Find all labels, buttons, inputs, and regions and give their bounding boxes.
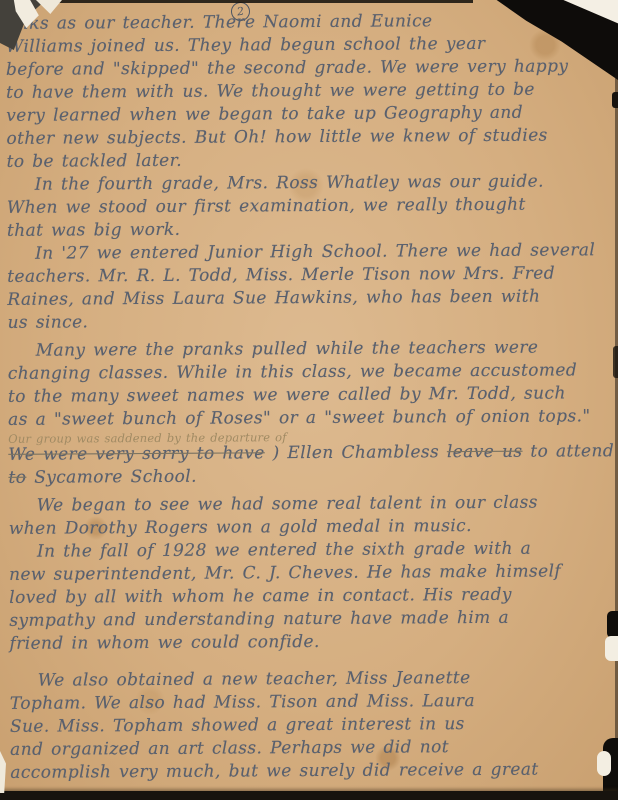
handwritten-line: We began to see we had some real talent … [9,491,617,518]
line-text: as a "sweet bunch of Roses" or a "sweet … [8,406,591,430]
line-text: new superintendent, Mr. C. J. Cheves. He… [9,561,561,584]
handwritten-line: Raines, and Miss Laura Sue Hawkins, who … [7,285,615,312]
handwritten-line: friend in whom we could confide. [9,629,617,656]
line-text: ) Ellen Chambless [265,442,447,463]
line-text: accomplish very much, but we surely did … [10,760,538,783]
line-text: Topham. We also had Miss. Tison and Miss… [10,691,475,714]
struck-text: We were very sorry to have [8,443,265,465]
line-text: to be tackled later. [6,151,182,172]
line-text: us since. [7,312,88,332]
line-text: When we stood our first examination, we … [7,195,526,218]
line-text: to the many sweet names we were called b… [8,383,566,406]
handwritten-line: When we stood our first examination, we … [7,193,615,220]
line-text: Sycamore School. [26,467,197,488]
document-page: 2 Jelks as our teacher. There Naomi and … [0,0,618,800]
line-text: before and "skipped" the second grade. W… [6,56,568,79]
line-text: to have them with us. We thought we were… [6,80,535,103]
line-text: Jelks as our teacher. There Naomi and Eu… [6,11,433,34]
handwritten-line: to Sycamore School. [8,463,616,490]
line-text: that was big work. [7,220,181,241]
line-text: Raines, and Miss Laura Sue Hawkins, who … [7,287,540,310]
struck-text: to [8,468,26,488]
line-text: loved by all with whom he came in contac… [9,585,512,608]
line-text: In '27 we entered Junior High School. Th… [35,240,595,263]
line-text: In the fall of 1928 we entered the sixth… [37,539,531,562]
line-text: and organized an art class. Perhaps we d… [10,737,449,760]
line-text: Sue. Miss. Topham showed a great interes… [10,714,465,737]
line-text: We began to see we had some real talent … [37,493,538,516]
handwritten-line: us since. [7,308,615,335]
handwriting-lines: Jelks as our teacher. There Naomi and Eu… [6,9,618,785]
handwritten-line: We were very sorry to have ) Ellen Chamb… [8,440,616,467]
line-text: to attend [522,441,614,462]
line-text: when Dorothy Rogers won a gold medal in … [9,516,472,539]
line-text: Williams joined us. They had begun schoo… [6,34,486,57]
line-text: sympathy and understanding nature have m… [9,608,509,631]
line-text: teachers. Mr. R. L. Todd, Miss. Merle Ti… [7,264,555,287]
struck-text: leave us [447,442,523,462]
handwritten-line: new superintendent, Mr. C. J. Cheves. He… [9,560,617,587]
line-text: changing classes. While in this class, w… [8,360,577,383]
line-text: friend in whom we could confide. [9,632,319,654]
line-text: In the fourth grade, Mrs. Ross Whatley w… [35,172,544,195]
handwritten-line: accomplish very much, but we surely did … [10,758,618,785]
line-text: We also obtained a new teacher, Miss Jea… [38,668,471,691]
line-text: Many were the pranks pulled while the te… [36,338,539,361]
handwritten-line: as a "sweet bunch of Roses" or a "sweet … [8,405,616,432]
handwritten-line: other new subjects. But Oh! how little w… [6,124,614,151]
line-text: very learned when we began to take up Ge… [6,103,523,126]
line-text: other new subjects. But Oh! how little w… [6,126,547,149]
handwritten-line: to have them with us. We thought we were… [6,78,614,105]
